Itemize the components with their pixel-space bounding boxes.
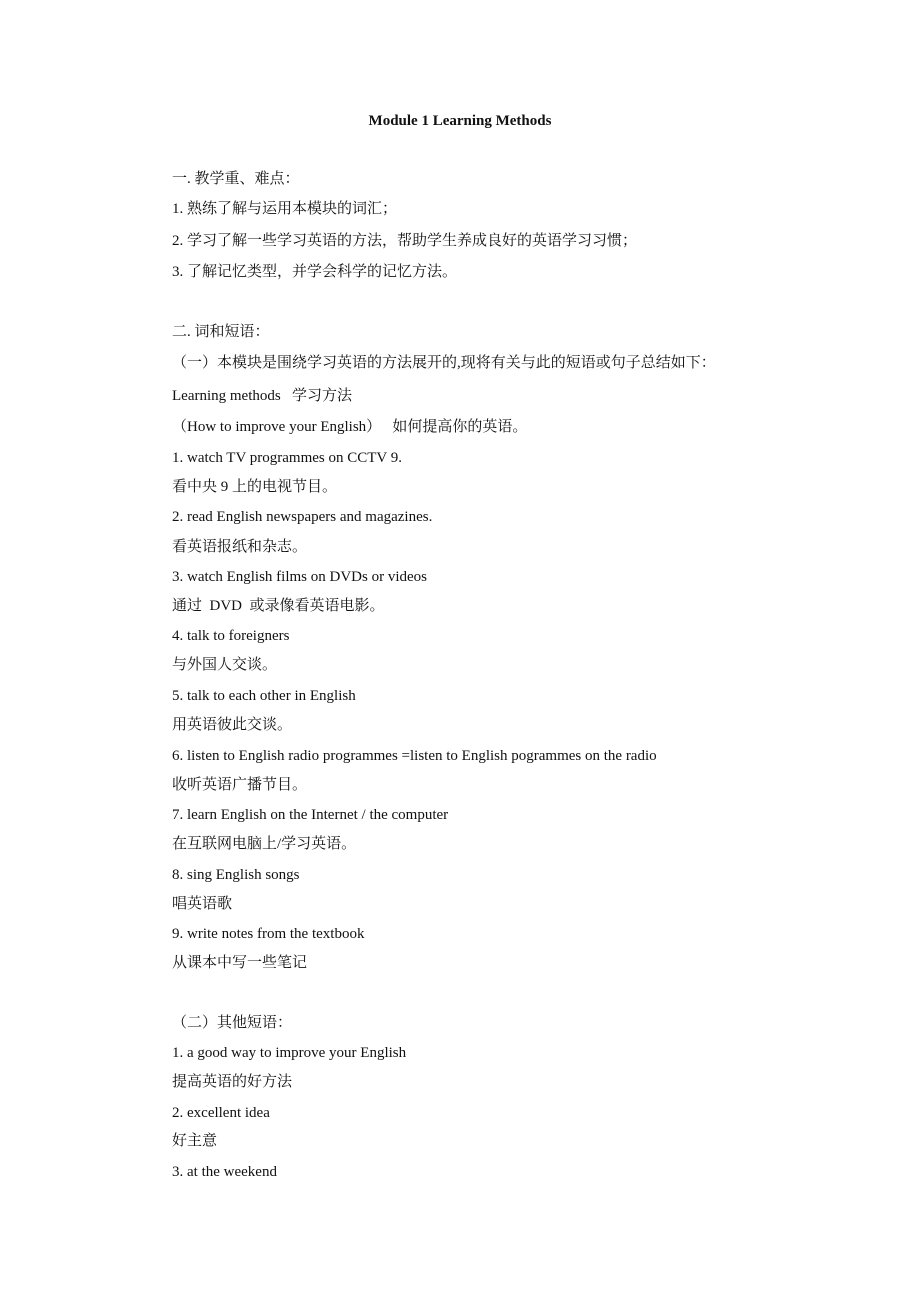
phrase-5-en: 5. talk to each other in English [172, 686, 356, 706]
section1-item-2: 2. 学习了解一些学习英语的方法，帮助学生养成良好的英语学习习惯； [172, 231, 637, 251]
phrase-1-zh: 看中央 9 上的电视节目。 [172, 477, 337, 497]
phrase-4-en: 4. talk to foreigners [172, 626, 289, 646]
part1-subtopic: （How to improve your English） 如何提高你的英语。 [172, 417, 527, 437]
phrase-7-en: 7. learn English on the Internet / the c… [172, 805, 448, 825]
phrase-5-zh: 用英语彼此交谈。 [172, 715, 292, 735]
part2-heading: （二）其他短语： [172, 1013, 292, 1033]
phrase-8-en: 8. sing English songs [172, 865, 300, 885]
other-phrase-2-zh: 好主意 [172, 1131, 217, 1151]
phrase-2-zh: 看英语报纸和杂志。 [172, 537, 307, 557]
phrase-3-en: 3. watch English films on DVDs or videos [172, 567, 427, 587]
other-phrase-3-en: 3. at the weekend [172, 1162, 277, 1182]
phrase-6-en: 6. listen to English radio programmes =l… [172, 746, 657, 766]
phrase-4-zh: 与外国人交谈。 [172, 655, 277, 675]
phrase-8-zh: 唱英语歌 [172, 894, 232, 914]
other-phrase-1-zh: 提高英语的好方法 [172, 1072, 292, 1092]
section1-item-3: 3. 了解记忆类型，并学会科学的记忆方法。 [172, 262, 457, 282]
phrase-9-zh: 从课本中写一些笔记 [172, 953, 307, 973]
phrase-2-en: 2. read English newspapers and magazines… [172, 507, 432, 527]
other-phrase-1-en: 1. a good way to improve your English [172, 1043, 406, 1063]
phrase-3-zh: 通过 DVD 或录像看英语电影。 [172, 596, 385, 616]
section1-item-1: 1. 熟练了解与运用本模块的词汇； [172, 199, 397, 219]
phrase-7-zh: 在互联网电脑上/学习英语。 [172, 834, 356, 854]
part1-intro: （一）本模块是围绕学习英语的方法展开的,现将有关与此的短语或句子总结如下： [172, 353, 716, 373]
phrase-1-en: 1. watch TV programmes on CCTV 9. [172, 448, 402, 468]
section2-heading: 二. 词和短语： [172, 322, 270, 342]
document-title: Module 1 Learning Methods [0, 111, 920, 131]
section1-heading: 一. 教学重、难点： [172, 169, 300, 189]
phrase-6-zh: 收听英语广播节目。 [172, 775, 307, 795]
phrase-9-en: 9. write notes from the textbook [172, 924, 364, 944]
document-page: Module 1 Learning Methods 一. 教学重、难点： 1. … [0, 0, 920, 1302]
other-phrase-2-en: 2. excellent idea [172, 1103, 270, 1123]
part1-topic: Learning methods 学习方法 [172, 386, 352, 406]
